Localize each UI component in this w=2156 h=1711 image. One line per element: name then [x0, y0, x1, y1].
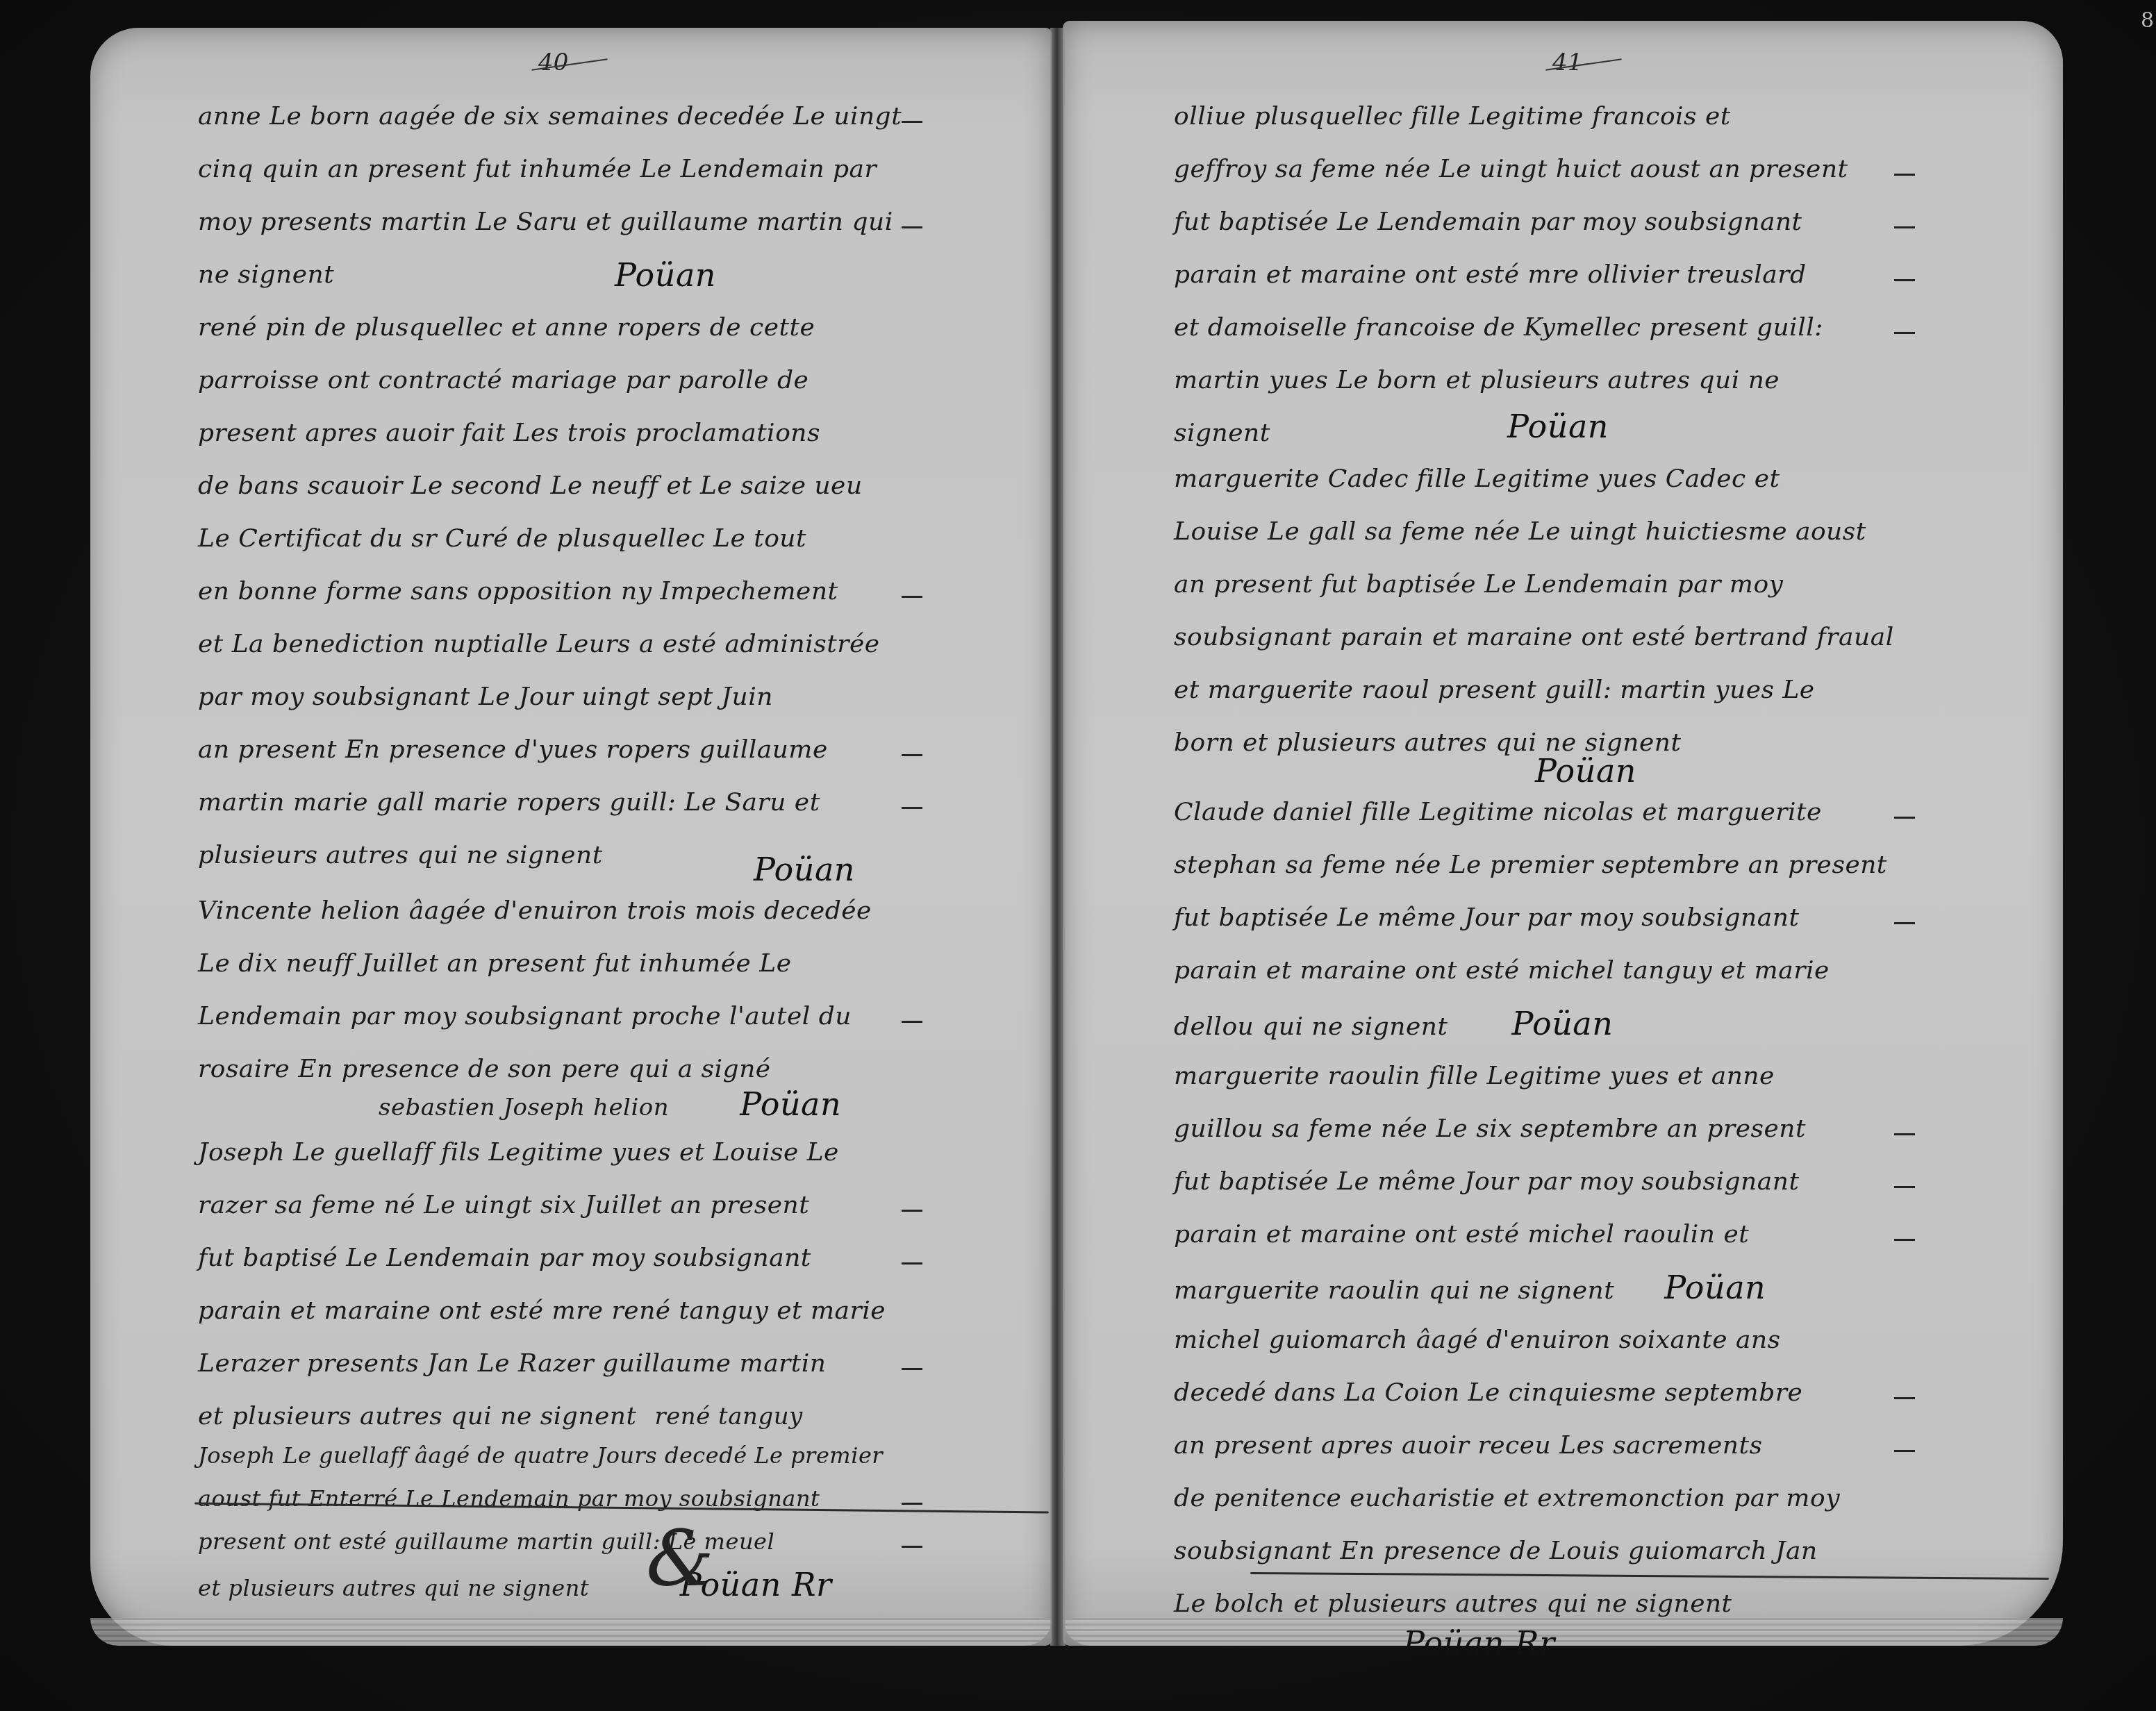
entry-line: guillou sa feme née Le six septembre an …: [1174, 1103, 1894, 1155]
entry-line: rené pin de plusquellec et anne ropers d…: [198, 301, 902, 354]
entry-line: Joseph Le guellaff fils Legitime yues et…: [198, 1126, 902, 1179]
entry-line: present ont esté guillaume martin guill:…: [198, 1515, 902, 1558]
page-number: 8: [2141, 8, 2154, 33]
entry-line: et plusieurs autres qui ne signent Poüan…: [198, 1558, 902, 1601]
entry-line: fut baptisée Le même Jour par moy soubsi…: [1174, 1155, 1894, 1208]
witness-signature: rené tanguy: [645, 1403, 802, 1430]
entry-line: parain et maraine ont esté mre rené tang…: [198, 1285, 902, 1337]
ampersand-flourish: &: [646, 1514, 714, 1603]
entry-line: olliue plusquellec fille Legitime franco…: [1174, 90, 1894, 143]
entry-line: an present En presence d'yues ropers gui…: [198, 724, 902, 776]
entry-line-text: et plusieurs autres qui ne signent: [198, 1575, 589, 1601]
entry-line: dellou qui ne signent Poüan: [1174, 997, 1894, 1050]
entry-line: signent: [1174, 407, 1894, 435]
entry-line: an present fut baptisée Le Lendemain par…: [1174, 558, 1894, 611]
baptism-entry: Claude daniel fille Legitime nicolas et …: [1174, 786, 1894, 1050]
right-folio-mark: 41: [1552, 49, 1582, 76]
entry-line: et damoiselle francoise de Kymellec pres…: [1174, 301, 1894, 354]
entry-line-text: marguerite raoulin qui ne signent: [1174, 1276, 1614, 1305]
entry-line: cinq quin an present fut inhumée Le Lend…: [198, 143, 902, 196]
burial-entry: anne Le born aagée de six semaines deced…: [198, 90, 902, 301]
entry-line: par moy soubsignant Le Jour uingt sept J…: [198, 671, 902, 724]
entry-line: marguerite raoulin fille Legitime yues e…: [1174, 1050, 1894, 1103]
entry-line: fut baptisée Le Lendemain par moy soubsi…: [1174, 196, 1894, 249]
entry-line: Louise Le gall sa feme née Le uingt huic…: [1174, 506, 1894, 558]
priest-signature: Poüan: [677, 1085, 841, 1123]
entry-line: et La benediction nuptialle Leurs a esté…: [198, 618, 902, 671]
entry-line: geffroy sa feme née Le uingt huict aoust…: [1174, 143, 1894, 196]
entry-line: michel guiomarch âagé d'enuiron soixante…: [1174, 1314, 1894, 1367]
entry-line-text: dellou qui ne signent: [1174, 1012, 1448, 1041]
entry-line: soubsignant parain et maraine ont esté b…: [1174, 611, 1894, 664]
entry-line: parain et maraine ont esté michel raouli…: [1174, 1208, 1894, 1261]
left-page-text: anne Le born aagée de six semaines deced…: [198, 90, 902, 1601]
entry-line: Lendemain par moy soubsignant proche l'a…: [198, 990, 902, 1043]
burial-entry: michel guiomarch âagé d'enuiron soixante…: [1174, 1314, 1894, 1669]
left-folio-mark: 40: [538, 49, 568, 76]
entry-line: Lerazer presents Jan Le Razer guillaume …: [198, 1337, 902, 1390]
entry-line: marguerite Cadec fille Legitime yues Cad…: [1174, 453, 1894, 506]
entry-line: de penitence eucharistie et extremonctio…: [1174, 1472, 1894, 1525]
entry-line: rosaire En presence de son pere qui a si…: [198, 1043, 902, 1078]
entry-line-text: et plusieurs autres qui ne signent: [198, 1402, 636, 1430]
entry-line: parain et maraine ont esté michel tanguy…: [1174, 944, 1894, 997]
entry-line: parroisse ont contracté mariage par paro…: [198, 354, 902, 407]
witness-signature: sebastien Joseph helion: [198, 1094, 669, 1121]
entry-line: ne signent: [198, 249, 902, 276]
entry-line: Le bolch et plusieurs autres qui ne sign…: [1174, 1578, 1894, 1630]
entry-line: martin marie gall marie ropers guill: Le…: [198, 776, 902, 829]
entry-line: plusieurs autres qui ne signent: [198, 829, 902, 857]
entry-line: Le dix neuff Juillet an present fut inhu…: [198, 937, 902, 990]
priest-signature: Poüan: [1623, 1269, 1766, 1306]
entry-line: et plusieurs autres qui ne signent rené …: [198, 1390, 902, 1429]
entry-line: born et plusieurs autres qui ne signent: [1174, 717, 1894, 744]
entry-line: present apres auoir fait Les trois procl…: [198, 407, 902, 460]
baptism-entry: olliue plusquellec fille Legitime franco…: [1174, 90, 1894, 453]
entry-line: Vincente helion âagée d'enuiron trois mo…: [198, 885, 902, 937]
entry-line: marguerite raoulin qui ne signent Poüan: [1174, 1261, 1894, 1314]
entry-line: decedé dans La Coion Le cinquiesme septe…: [1174, 1367, 1894, 1419]
entry-line: martin yues Le born et plusieurs autres …: [1174, 354, 1894, 407]
entry-line: parain et maraine ont esté mre ollivier …: [1174, 249, 1894, 301]
entry-line: Joseph Le guellaff âagé de quatre Jours …: [198, 1429, 902, 1472]
entry-line: fut baptisée Le même Jour par moy soubsi…: [1174, 892, 1894, 944]
book-gutter: [1050, 28, 1065, 1646]
witness-signature-line: sebastien Joseph helion Poüan: [198, 1078, 902, 1126]
priest-signature: Poüan: [1456, 1005, 1613, 1042]
page-edge: [90, 1618, 1052, 1646]
entry-line: Claude daniel fille Legitime nicolas et …: [1174, 786, 1894, 839]
entry-line: anne Le born aagée de six semaines deced…: [198, 90, 902, 143]
baptism-entry: Joseph Le guellaff fils Legitime yues et…: [198, 1126, 902, 1429]
burial-entry: Joseph Le guellaff âagé de quatre Jours …: [198, 1429, 902, 1601]
entry-line: en bonne forme sans opposition ny Impech…: [198, 565, 902, 618]
entry-line: et marguerite raoul present guill: marti…: [1174, 664, 1894, 717]
entry-line: Le Certificat du sr Curé de plusquellec …: [198, 512, 902, 565]
entry-line: fut baptisé Le Lendemain par moy soubsig…: [198, 1232, 902, 1285]
baptism-entry: marguerite raoulin fille Legitime yues e…: [1174, 1050, 1894, 1314]
entry-line: soubsignant En presence de Louis guiomar…: [1174, 1525, 1894, 1578]
marriage-entry: rené pin de plusquellec et anne ropers d…: [198, 301, 902, 885]
burial-entry: Vincente helion âagée d'enuiron trois mo…: [198, 885, 902, 1126]
right-page-text: olliue plusquellec fille Legitime franco…: [1174, 90, 1894, 1669]
entry-line: de bans scauoir Le second Le neuff et Le…: [198, 460, 902, 512]
entry-line: razer sa feme né Le uingt six Juillet an…: [198, 1179, 902, 1232]
baptism-entry: marguerite Cadec fille Legitime yues Cad…: [1174, 453, 1894, 786]
priest-signature: Poüan Rr: [597, 1566, 832, 1603]
entry-line: moy presents martin Le Saru et guillaume…: [198, 196, 902, 249]
entry-line: an present apres auoir receu Les sacreme…: [1174, 1419, 1894, 1472]
entry-line: stephan sa feme née Le premier septembre…: [1174, 839, 1894, 892]
